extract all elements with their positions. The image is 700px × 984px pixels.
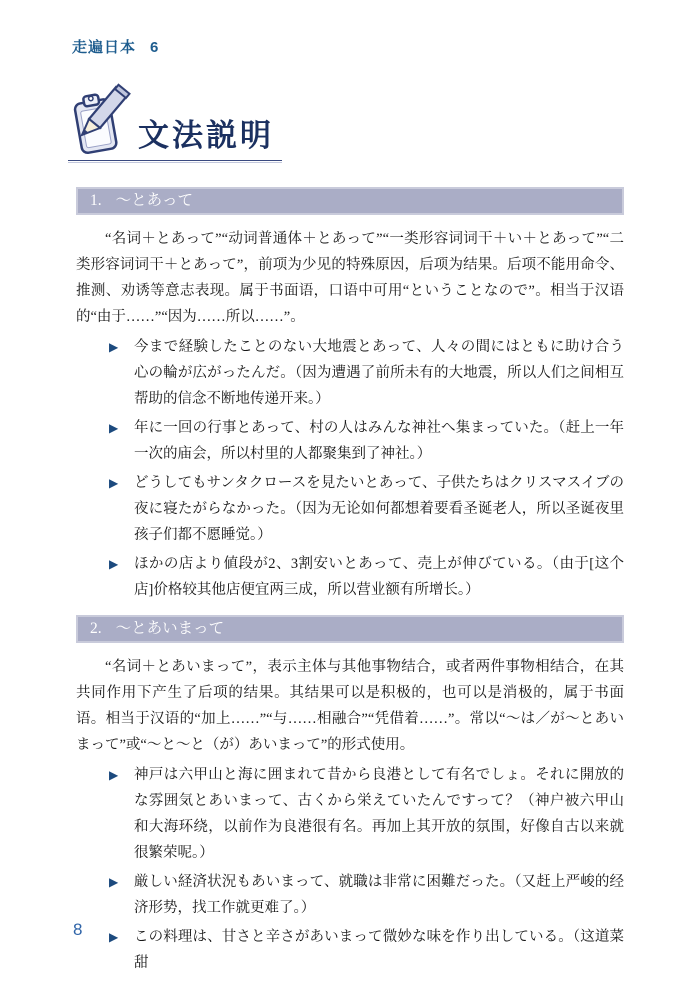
chapter-title-block: 文法説明: [66, 83, 286, 167]
example-text: 厳しい経済状況もあいまって、就職は非常に困難だった。（又赶上严峻的经济形势，找工…: [134, 869, 624, 921]
clipboard-pencil-icon: [66, 83, 136, 166]
triangle-bullet-icon: ▶: [109, 869, 134, 921]
section-1-number: 1.: [90, 189, 102, 213]
page-title: 文法説明: [138, 110, 274, 155]
section-2-header-bar: 2. ～とあいまって: [76, 615, 624, 643]
example-text: 年に一回の行事とあって、村の人はみんな神社へ集まっていた。（赶上一年一次的庙会，…: [134, 415, 624, 467]
volume-number: 6: [150, 39, 158, 56]
section-2-intro: “名词＋とあいまって”，表示主体与其他事物结合，或者两件事物相结合，在其共同作用…: [76, 654, 624, 758]
page-number: 8: [73, 920, 82, 940]
example-item: ▶ この料理は、甘さと辛さがあいまって微妙な味を作り出している。（这道菜甜: [76, 924, 624, 976]
book-title: 走遍日本: [72, 39, 136, 56]
section-2-number: 2.: [90, 617, 102, 641]
example-text: ほかの店より値段が2、3割安いとあって、売上が伸びている。（由于[这个店]价格较…: [134, 551, 624, 603]
section-2-title: ～とあいまって: [116, 617, 225, 641]
example-item: ▶ ほかの店より値段が2、3割安いとあって、売上が伸びている。（由于[这个店]价…: [76, 551, 624, 603]
title-underline: [68, 160, 282, 163]
example-item: ▶ 今まで経験したことのない大地震とあって、人々の間にはともに助け合う心の輪が広…: [76, 334, 624, 412]
example-text: どうしてもサンタクロースを見たいとあって、子供たちはクリスマスイブの夜に寝たがら…: [134, 470, 624, 548]
triangle-bullet-icon: ▶: [109, 924, 134, 976]
running-header: 走遍日本6: [72, 36, 624, 57]
example-text: この料理は、甘さと辛さがあいまって微妙な味を作り出している。（这道菜甜: [134, 924, 624, 976]
section-1-header-bar: 1. ～とあって: [76, 187, 624, 215]
example-item: ▶ どうしてもサンタクロースを見たいとあって、子供たちはクリスマスイブの夜に寝た…: [76, 470, 624, 548]
section-1-title: ～とあって: [116, 189, 193, 213]
example-item: ▶ 厳しい経済状況もあいまって、就職は非常に困難だった。（又赶上严峻的经济形势，…: [76, 869, 624, 921]
triangle-bullet-icon: ▶: [109, 762, 134, 866]
example-item: ▶ 神戸は六甲山と海に囲まれて昔から良港として有名でしょ。それに開放的な雰囲気と…: [76, 762, 624, 866]
triangle-bullet-icon: ▶: [109, 551, 134, 603]
example-text: 今まで経験したことのない大地震とあって、人々の間にはともに助け合う心の輪が広がっ…: [134, 334, 624, 412]
grammar-section-1: 1. ～とあって “名词＋とあって”“动词普通体＋とあって”“一类形容词词干＋い…: [76, 187, 624, 603]
triangle-bullet-icon: ▶: [109, 470, 134, 548]
textbook-page: 走遍日本6 文法説明 1.: [0, 0, 700, 984]
triangle-bullet-icon: ▶: [109, 334, 134, 412]
section-1-intro: “名词＋とあって”“动词普通体＋とあって”“一类形容词词干＋い＋とあって”“二类…: [76, 226, 624, 330]
example-text: 神戸は六甲山と海に囲まれて昔から良港として有名でしょ。それに開放的な雰囲気とあい…: [134, 762, 624, 866]
grammar-section-2: 2. ～とあいまって “名词＋とあいまって”，表示主体与其他事物结合，或者两件事…: [76, 615, 624, 976]
triangle-bullet-icon: ▶: [109, 415, 134, 467]
example-item: ▶ 年に一回の行事とあって、村の人はみんな神社へ集まっていた。（赶上一年一次的庙…: [76, 415, 624, 467]
